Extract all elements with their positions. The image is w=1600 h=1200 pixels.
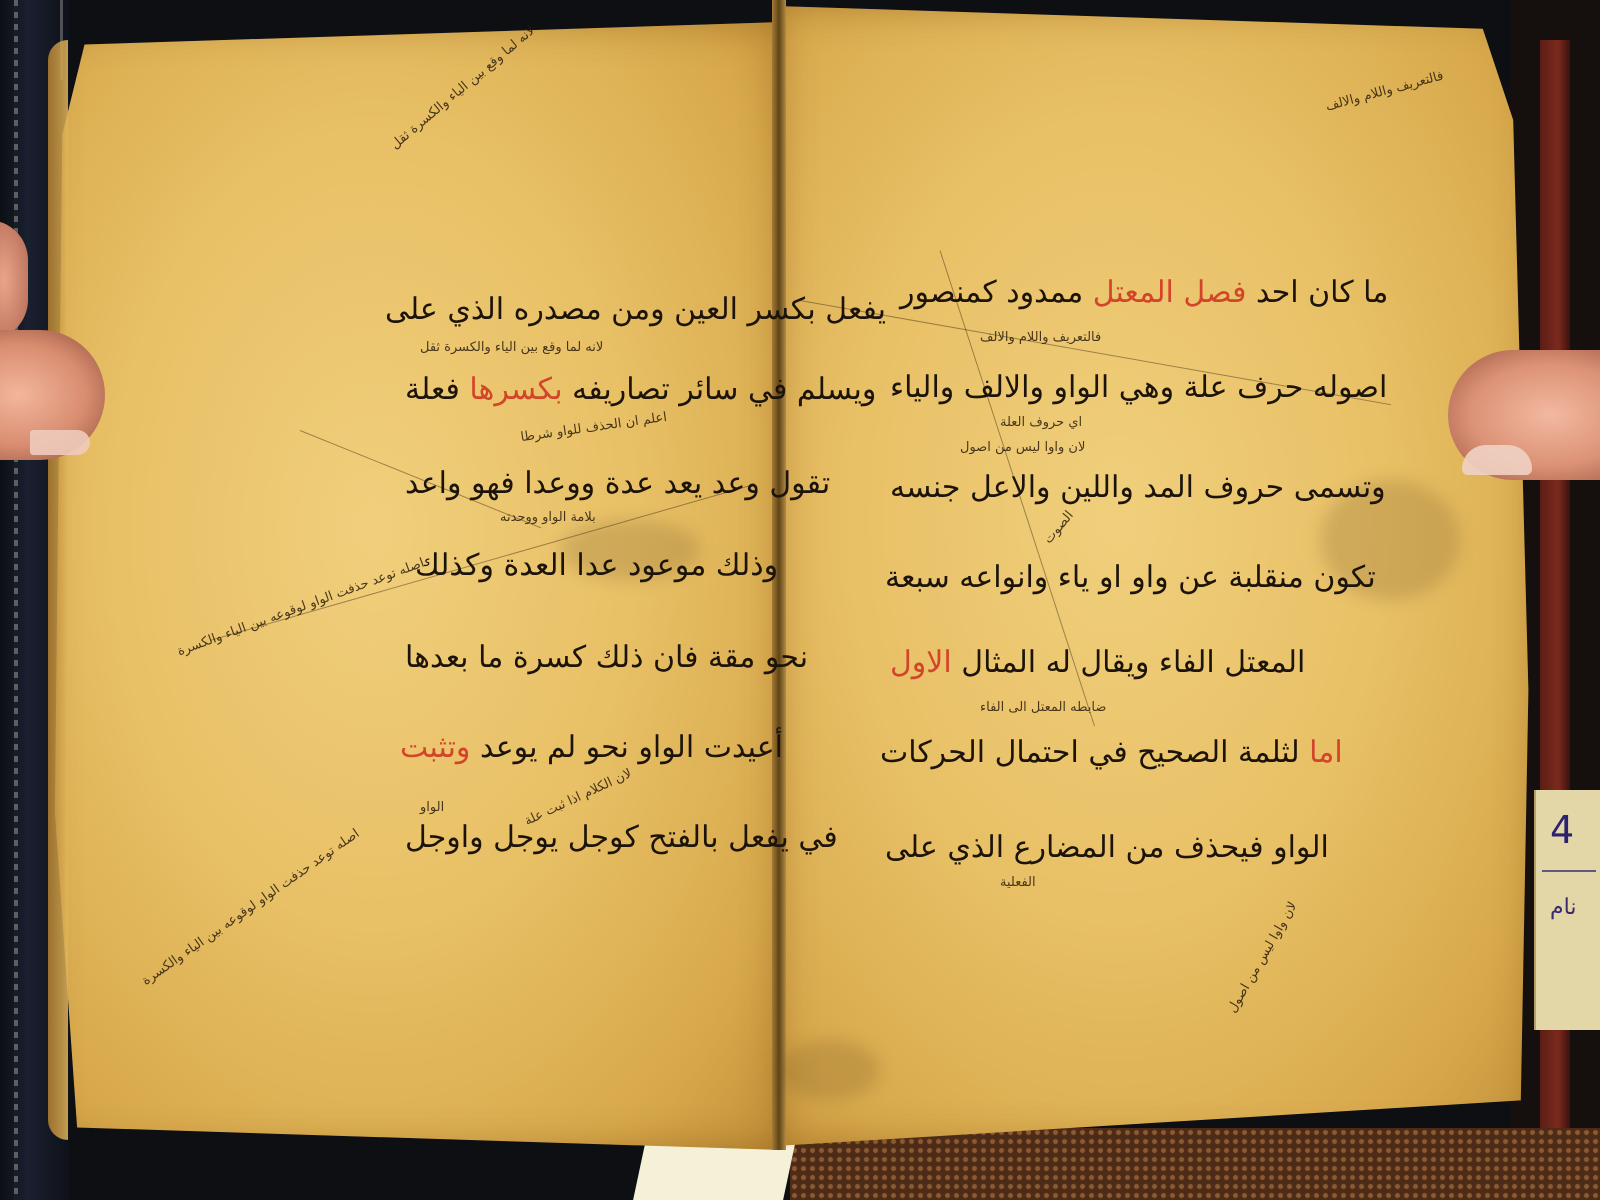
main-text-line: الواو فيحذف من المضارع الذي على	[885, 830, 1329, 865]
main-text-line: اما لثلمة الصحيح في احتمال الحركات	[880, 735, 1343, 770]
main-text: ممدود كمنصور	[900, 275, 1093, 310]
main-text: فعلة	[405, 372, 469, 407]
marginal-gloss: فالتعريف واللام والالف	[980, 330, 1101, 345]
main-text-line: في يفعل بالفتح كوجل يوجل واوجل	[405, 820, 838, 855]
rubric-word: بكسرها	[469, 372, 562, 407]
marginal-gloss: الفعلية	[1000, 875, 1036, 890]
rubric-word: الاول	[890, 645, 952, 680]
main-text-line: نحو مقة فان ذلك كسرة ما بعدها	[405, 640, 808, 675]
main-text: لثلمة الصحيح في احتمال الحركات	[880, 735, 1309, 770]
marginal-gloss: الواو	[420, 800, 444, 815]
leather-cover	[790, 1128, 1600, 1200]
main-text-line: اصوله حرف علة وهي الواو والالف والياء	[890, 370, 1387, 405]
marginal-gloss: بلامة الواو ووحدته	[500, 510, 596, 525]
main-text-line: تكون منقلبة عن واو او ياء وانواعه سبعة	[885, 560, 1376, 595]
shelf-label-number: 4	[1550, 808, 1574, 852]
rubric-word: وتثبت	[400, 730, 470, 765]
main-text: المعتل الفاء ويقال له المثال	[952, 645, 1306, 680]
shelf-label-card: 4 نام	[1534, 790, 1600, 1030]
fingernail	[30, 430, 90, 455]
main-text-line: تقول وعد يعد عدة ووعدا فهو واعد	[405, 466, 830, 501]
main-text-line: المعتل الفاء ويقال له المثال الاول	[890, 645, 1305, 680]
page-edges	[48, 40, 68, 1140]
main-text: ما كان احد	[1246, 275, 1388, 310]
ink-stain	[780, 1040, 880, 1100]
shelf-label-text: نام	[1550, 895, 1576, 920]
marginal-gloss: لان واوا ليس من اصول	[960, 440, 1085, 455]
fingernail	[1462, 445, 1532, 475]
main-text-line: يفعل بكسر العين ومن مصدره الذي على	[385, 292, 886, 327]
fabric-stripe	[14, 0, 18, 1200]
label-divider	[1542, 870, 1596, 872]
rubric-word: فصل المعتل	[1093, 275, 1247, 310]
main-text-line: ويسلم في سائر تصاريفه بكسرها فعلة	[405, 372, 876, 407]
main-text: أعيدت الواو نحو لم يوعد	[470, 730, 783, 765]
main-text: ويسلم في سائر تصاريفه	[563, 372, 877, 407]
marginal-gloss: اي حروف العلة	[1000, 415, 1082, 430]
marginal-gloss: ضابطه المعتل الى الفاء	[980, 700, 1106, 715]
main-text-line: وتسمى حروف المد واللين والاعل جنسه	[890, 470, 1386, 505]
marginal-gloss: لانه لما وقع بين الياء والكسرة ثقل	[420, 340, 603, 355]
main-text-line: ما كان احد فصل المعتل ممدود كمنصور	[900, 275, 1388, 310]
rubric-word: اما	[1309, 735, 1343, 770]
main-text-line: أعيدت الواو نحو لم يوعد وتثبت	[400, 730, 783, 765]
main-text-line: وذلك موعود عدا العدة وكذلك	[415, 548, 778, 583]
